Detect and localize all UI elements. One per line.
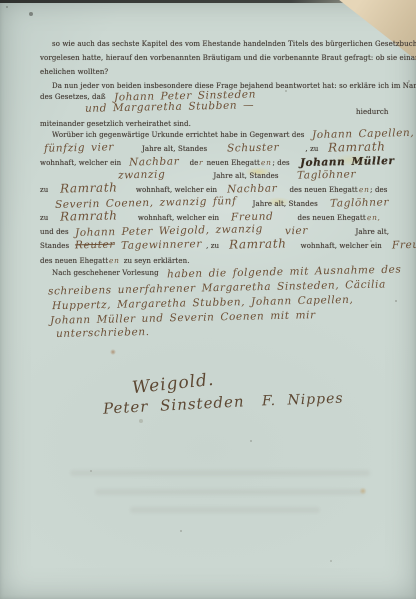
ink-showthrough	[70, 470, 370, 476]
document-line: schreibens unerfahrener Margaretha Sinst…	[48, 278, 386, 294]
handwritten-entry: unterschrieben.	[56, 327, 150, 339]
printed-text: Standes	[40, 242, 69, 250]
handwritten-entry: Freund	[392, 240, 416, 251]
paper-specks	[0, 0, 2, 2]
printed-text: , zu	[206, 242, 219, 250]
handwritten-entry: Ramrath	[229, 237, 287, 250]
signature: F. Nippes	[262, 391, 344, 410]
printed-text: Nach geschehener Vorlesung	[52, 269, 159, 277]
document-line: unterschrieben.	[56, 323, 150, 339]
document-line: hiedurch	[356, 101, 388, 117]
ink-showthrough	[130, 507, 320, 513]
document-line: StandesReuterTagewinnerer, zuRamrathwohn…	[40, 235, 416, 251]
printed-text: wohnhaft, welcher ein	[301, 242, 382, 250]
document-line: Johann Müller und Severin Coenen mit mir	[50, 308, 316, 324]
signature: Peter Sinsteden	[103, 392, 245, 417]
document-line: Nach geschehener Vorlesunghaben die folg…	[52, 262, 401, 278]
printed-text: hiedurch	[356, 108, 388, 116]
document-line: und Margaretha Stubben —	[85, 97, 254, 113]
printed-text: zu	[40, 186, 48, 194]
document-line: Huppertz, Margaretha Stubben, Johann Cap…	[52, 293, 353, 309]
printed-text: wohnhaft, welcher ein	[40, 159, 121, 167]
ink-showthrough	[95, 489, 365, 495]
scanned-document-page: so wie auch das sechste Kapitel des vom …	[0, 0, 416, 599]
